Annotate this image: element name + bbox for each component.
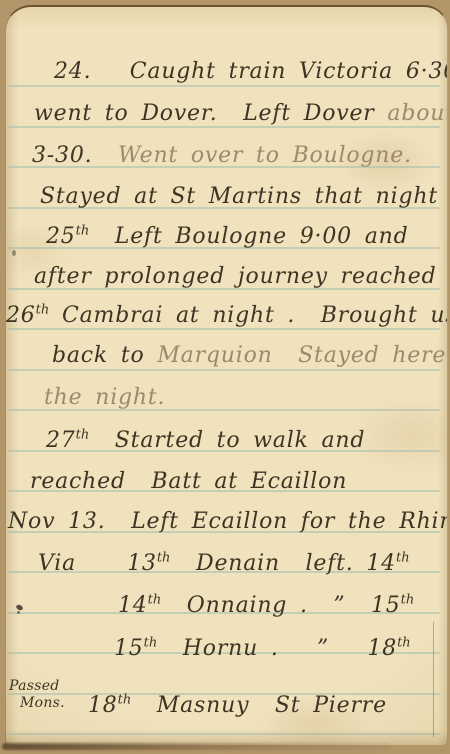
ruled-line: [8, 733, 440, 735]
diary-line: reached Batt at Ecaillon: [30, 463, 347, 501]
diary-line: back to Marquion Stayed here: [52, 337, 446, 375]
diary-text-segment: 18: [88, 693, 118, 718]
diary-line: Via 13th Denain left. 14th: [38, 545, 410, 583]
diary-text-segment: 15: [114, 636, 144, 661]
diary-text-segment: went to Dover. Left Dover: [34, 101, 387, 126]
diary-text-segment: Onnaing . ” 15: [161, 593, 400, 618]
diary-line: 24. Caught train Victoria 6·30 and: [54, 53, 448, 91]
diary-text-segment: Marquion Stayed here: [157, 343, 446, 368]
margin-note: Passed Mons.: [9, 678, 65, 712]
diary-text-segment: th: [144, 636, 158, 651]
diary-text-segment: Cambrai at night . Brought us: [49, 303, 448, 328]
diary-text-segment: reached Batt at Ecaillon: [30, 469, 347, 494]
diary-text-segment: 14: [118, 593, 148, 618]
notebook-page: 24. Caught train Victoria 6·30 andwent t…: [5, 5, 448, 745]
diary-line: 25th Left Boulogne 9·00 and: [46, 218, 408, 256]
diary-text-segment: Stayed at St Martins that night: [40, 184, 438, 209]
diary-line: 18th Masnuy St Pierre: [88, 687, 387, 725]
diary-text-segment: 27: [46, 428, 76, 453]
diary-line: Nov 13. Left Ecaillon for the Rhine: [8, 503, 448, 541]
diary-text-segment: 26: [6, 303, 36, 328]
diary-text-segment: the night.: [44, 385, 165, 410]
diary-text-segment: after prolonged journey reached: [34, 264, 437, 289]
diary-text-segment: th: [401, 593, 415, 608]
diary-line: 27th Started to walk and: [46, 422, 365, 460]
diary-text-segment: about: [387, 101, 448, 126]
diary-text-segment: 3-30.: [32, 143, 105, 168]
ink-speck: [15, 604, 23, 611]
diary-text-segment: th: [396, 551, 410, 566]
diary-text-segment: Left Boulogne 9·00 and: [89, 224, 408, 249]
diary-line: the night.: [44, 379, 165, 417]
diary-line: 26th Cambrai at night . Brought us: [6, 297, 448, 335]
page-bottom-shadow: [2, 743, 390, 750]
diary-text-segment: Nov 13. Left Ecaillon for the Rhine: [8, 509, 448, 534]
diary-line: 14th Onnaing . ” 15th: [118, 587, 414, 625]
diary-text-segment: th: [76, 224, 90, 239]
diary-text-segment: Masnuy St Pierre: [131, 693, 387, 718]
diary-text-segment: th: [157, 551, 171, 566]
margin-note-line: Mons.: [9, 695, 65, 712]
diary-text-segment: Denain left. 14: [170, 551, 396, 576]
margin-note-line: Passed: [9, 678, 65, 695]
ink-speck: [17, 611, 20, 614]
diary-text-segment: th: [36, 303, 50, 318]
page-edge-line: [433, 622, 434, 737]
diary-line: 15th Hornu . ” 18th: [114, 630, 411, 668]
diary-text-segment: Via 13: [38, 551, 157, 576]
ink-speck: [12, 250, 16, 256]
diary-text-segment: th: [76, 428, 90, 443]
diary-line: went to Dover. Left Dover about: [34, 95, 448, 133]
diary-text-segment: 25: [46, 224, 76, 249]
diary-text-segment: th: [118, 693, 132, 708]
diary-text-segment: Started to walk and: [89, 428, 365, 453]
diary-text-segment: Went over to Boulogne.: [105, 143, 424, 168]
diary-text-segment: th: [148, 593, 162, 608]
diary-text-segment: 24. Caught train Victoria 6·30 and: [54, 59, 448, 84]
notebook-scan: 24. Caught train Victoria 6·30 andwent t…: [0, 0, 450, 754]
diary-text-segment: th: [397, 636, 411, 651]
diary-text-segment: Hornu . ” 18: [157, 636, 397, 661]
diary-line: Stayed at St Martins that night: [40, 178, 438, 216]
diary-text-segment: back to: [52, 343, 157, 368]
diary-line: after prolonged journey reached: [34, 258, 437, 296]
diary-line: 3-30. Went over to Boulogne.: [32, 137, 425, 175]
